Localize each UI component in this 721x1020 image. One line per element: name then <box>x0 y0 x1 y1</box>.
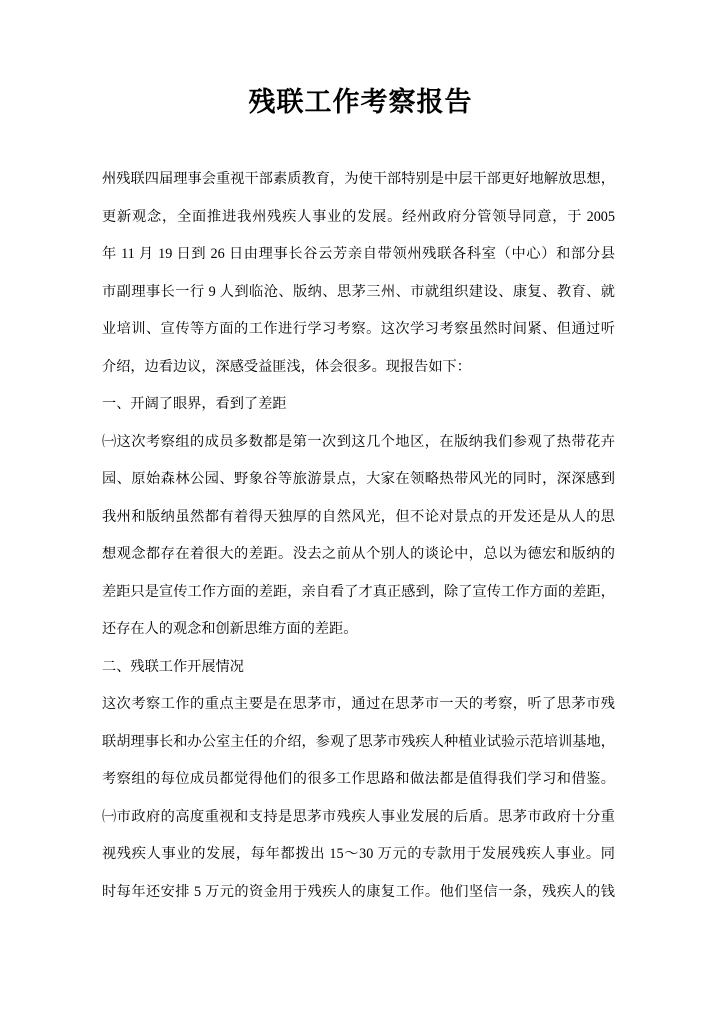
document-body: 州残联四届理事会重视干部素质教育，为使干部特别是中层干部更好地解放思想，更新观念… <box>102 161 615 911</box>
text-line: ㈠市政府的高度重视和支持是思茅市残疾人事业发展的后盾。思茅市政府十分重 <box>102 799 615 837</box>
text-line: ㈠这次考察组的成员多数都是第一次到这几个地区，在版纳我们参观了热带花卉 <box>102 424 615 462</box>
text-line: 年 11 月 19 日到 26 日由理事长谷云芳亲自带领州残联各科室（中心）和部… <box>102 236 615 274</box>
document-title: 残联工作考察报告 <box>0 84 721 120</box>
text-line: 园、原始森林公园、野象谷等旅游景点，大家在领略热带风光的同时，深深感到 <box>102 461 615 499</box>
text-line: 差距只是宣传工作方面的差距，亲自看了才真正感到，除了宣传工作方面的差距， <box>102 574 615 612</box>
text-line: 还存在人的观念和创新思维方面的差距。 <box>102 611 615 649</box>
text-line: 这次考察工作的重点主要是在思茅市，通过在思茅市一天的考察，听了思茅市残 <box>102 686 615 724</box>
text-line: 联胡理事长和办公室主任的介绍，参观了思茅市残疾人种植业试验示范培训基地， <box>102 724 615 762</box>
text-line: 更新观念，全面推进我州残疾人事业的发展。经州政府分管领导同意，于 2005 <box>102 199 615 237</box>
text-line: 考察组的每位成员都觉得他们的很多工作思路和做法都是值得我们学习和借鉴。 <box>102 761 615 799</box>
text-line: 视残疾人事业的发展，每年都拨出 15～30 万元的专款用于发展残疾人事业。同 <box>102 836 615 874</box>
text-line: 想观念都存在着很大的差距。没去之前从个别人的谈论中，总以为德宏和版纳的 <box>102 536 615 574</box>
text-line: 二、残联工作开展情况 <box>102 649 615 687</box>
text-line: 一、开阔了眼界，看到了差距 <box>102 386 615 424</box>
text-line: 介绍，边看边议，深感受益匪浅，体会很多。现报告如下： <box>102 349 615 387</box>
text-line: 市副理事长一行 9 人到临沧、版纳、思茅三州、市就组织建设、康复、教育、就 <box>102 274 615 312</box>
text-line: 业培训、宣传等方面的工作进行学习考察。这次学习考察虽然时间紧、但通过听 <box>102 311 615 349</box>
document-page: 残联工作考察报告 州残联四届理事会重视干部素质教育，为使干部特别是中层干部更好地… <box>0 0 721 1020</box>
text-line: 州残联四届理事会重视干部素质教育，为使干部特别是中层干部更好地解放思想， <box>102 161 615 199</box>
text-line: 我州和版纳虽然都有着得天独厚的自然风光，但不论对景点的开发还是从人的思 <box>102 499 615 537</box>
text-line: 时每年还安排 5 万元的资金用于残疾人的康复工作。他们坚信一条，残疾人的钱 <box>102 874 615 912</box>
